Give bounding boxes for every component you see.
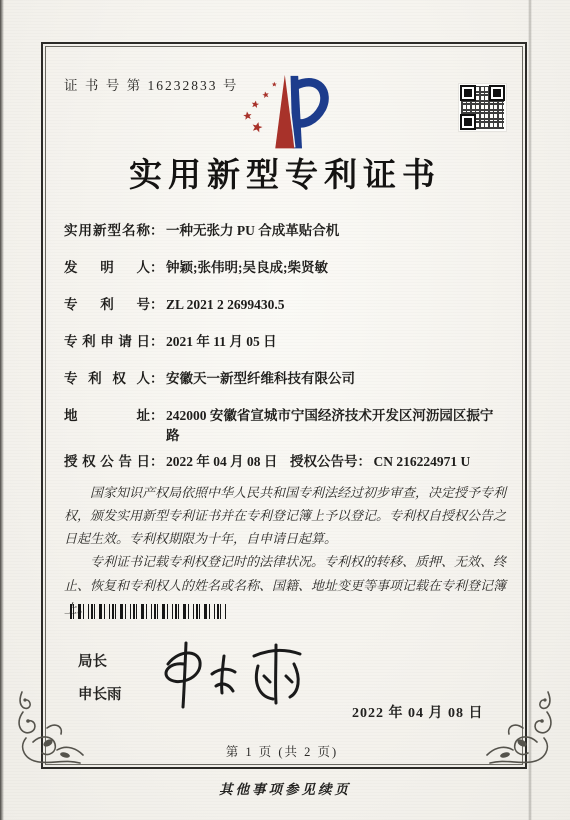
field-application-date: 专利申请日：2021 年 11 月 05 日 [64, 332, 506, 352]
grant-date: 授权公告日：2022 年 04 月 08 日 [64, 452, 290, 472]
field-colon: ： [150, 332, 166, 352]
certificate-number: 证 书 号 第 16232833 号 [64, 74, 238, 94]
field-label: 授权公告日 [64, 452, 150, 472]
legal-paragraphs: 国家知识产权局依照中华人民共和国专利法经过初步审查，决定授予专利权，颁发实用新型… [64, 481, 506, 620]
certificate-content: 实用新型名称：一种无张力 PU 合成革贴合机 发明人：钟颖;张伟明;吴良成;柴贤… [64, 221, 506, 620]
field-colon: ： [150, 258, 166, 278]
qr-finder-pattern [489, 85, 505, 101]
field-utility-model-name: 实用新型名称：一种无张力 PU 合成革贴合机 [64, 221, 506, 241]
field-value: 2022 年 04 月 08 日 [166, 452, 277, 472]
field-label: 专利号 [64, 295, 150, 315]
field-colon: ： [150, 295, 166, 315]
field-value: CN 216224971 U [374, 452, 471, 472]
continuation-note: 其他事项参见续页 [0, 778, 570, 798]
qr-finder-pattern [460, 114, 476, 130]
patent-certificate-page: 证 书 号 第 16232833 号 实用新型专利证书 实用新型名称：一种无张力… [0, 0, 570, 820]
field-label: 授权公告号 [290, 452, 358, 472]
field-inventors: 发明人：钟颖;张伟明;吴良成;柴贤敏 [64, 258, 506, 278]
field-label: 发明人 [64, 258, 150, 278]
issue-date: 2022 年 04 月 08 日 [352, 702, 484, 722]
field-colon: ： [150, 221, 166, 241]
field-value: 安徽天一新型纤维科技有限公司 [166, 369, 506, 389]
field-colon: ： [358, 452, 374, 472]
field-colon: ： [150, 406, 166, 426]
field-value: 一种无张力 PU 合成革贴合机 [166, 221, 506, 241]
scan-edge-left [0, 0, 4, 820]
field-label: 专利申请日 [64, 332, 150, 352]
field-value: 242000 安徽省宣城市宁国经济技术开发区河沥园区振宁路 [166, 406, 506, 446]
certificate-title: 实用新型专利证书 [0, 149, 570, 196]
qr-code-icon [459, 84, 506, 131]
field-value: 钟颖;张伟明;吴良成;柴贤敏 [166, 258, 506, 278]
field-colon: ： [150, 369, 166, 389]
director-title: 局长 [78, 650, 107, 671]
field-label: 实用新型名称 [64, 221, 150, 241]
field-label: 专利权人 [64, 369, 150, 389]
director-signature-icon [150, 638, 330, 710]
cnipa-logo-icon [232, 72, 330, 156]
field-colon: ： [150, 452, 166, 472]
grant-number: 授权公告号：CN 216224971 U [290, 452, 470, 472]
legal-paragraph-1: 国家知识产权局依照中华人民共和国专利法经过初步审查，决定授予专利权，颁发实用新型… [64, 481, 506, 550]
field-value: ZL 2021 2 2699430.5 [166, 295, 506, 315]
field-value: 2021 年 11 月 05 日 [166, 332, 506, 352]
page-number: 第 1 页 (共 2 页) [41, 742, 523, 760]
field-patentee: 专利权人：安徽天一新型纤维科技有限公司 [64, 369, 506, 389]
qr-finder-pattern [460, 85, 476, 101]
director-name: 申长雨 [78, 683, 122, 704]
barcode-icon [70, 604, 226, 619]
grant-announcement-row: 授权公告日：2022 年 04 月 08 日 授权公告号：CN 21622497… [64, 452, 506, 472]
field-patent-number: 专利号：ZL 2021 2 2699430.5 [64, 295, 506, 315]
field-address: 地址：242000 安徽省宣城市宁国经济技术开发区河沥园区振宁路 [64, 406, 506, 446]
field-label: 地址 [64, 406, 150, 426]
